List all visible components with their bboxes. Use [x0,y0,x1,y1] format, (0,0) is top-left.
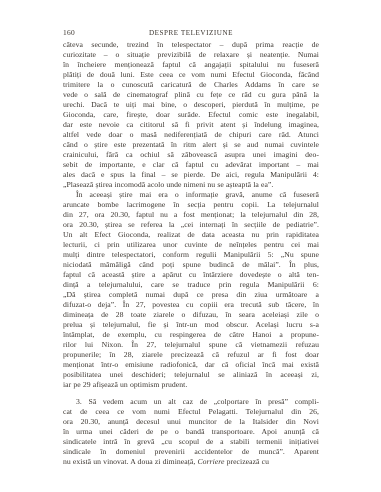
text-line: sindicale în domeniul prevenirii acciden… [63,447,319,457]
text-line: dință a telejurnalului, care se traduce … [63,280,319,290]
text-line: ora 20.30, știrea se referea la „cei int… [63,220,319,230]
text-line: crainicului, fără ca ochiul să zăboveasc… [63,150,319,160]
text-line: în urma unei căderi de pe o bandă transp… [63,427,319,437]
text-line: vede o sală de cinematograf plină cu feț… [63,90,319,100]
text-line: În aceeași știre mai era o informație gr… [63,190,319,200]
text-line: lecturii, ci prin utilizarea unor cuvint… [63,240,319,250]
text-body: câteva secunde, trezind în telespectator… [63,40,319,467]
text-line: mulți dintre telespectatori, conform reg… [63,250,319,260]
text-line: sebit de importante, e clar că faptul cu… [63,160,319,170]
text-line: „Plasează știrea incomodă acolo unde nim… [63,180,319,190]
text-line: urechi. Dacă te uiți mai bine, o descope… [63,100,319,110]
text-line: faptul că această știre a apărut cu întâ… [63,270,319,280]
text-line: niciodată mămăligă când poți spune budin… [63,260,319,270]
text-line: posibilitatea unei deschideri; telejurna… [63,370,319,380]
text-line: Gioconda, care, firește, doar surâde. Ef… [63,110,319,120]
text-line: Un alt Efect Gioconda, realizat de data … [63,230,319,240]
text-line: cat de ceea ce vom numi Efectul Pelagatt… [63,407,319,417]
text-line: propunerile; în 28, ziarele precizează c… [63,350,319,360]
paragraph: câteva secunde, trezind în telespectator… [63,40,319,190]
text-line: întâmplat, de exemplu, cu respingerea de… [63,330,319,340]
text-line: sindicatele intră în grevă „cu scopul de… [63,437,319,447]
paragraph: În aceeași știre mai era o informație gr… [63,190,319,390]
text-line: „Dă știrea completă numai după ce presa … [63,290,319,300]
plain-text: nu există un vinovat. A doua zi dimineaț… [63,457,197,466]
text-line: rilor lui Nixon. În 27, telejurnalul spu… [63,340,319,350]
text-line: altfel vede doar o masă nediferențiată d… [63,130,319,140]
page-header: 160 DESPRE TELEVIZIUNE [63,28,319,38]
book-page: 160 DESPRE TELEVIZIUNE câteva secunde, t… [0,0,381,492]
text-line: difuzat-o deja”. În 27, povestea cu copi… [63,300,319,310]
page-number: 160 [63,28,75,38]
italic-text: Corriere [197,457,224,466]
text-line: aruncate bombe lacrimogene în secția pen… [63,200,319,210]
text-line: 3. Să vedem acum un alt caz de „colporta… [63,397,319,407]
plain-text: precizează cu [224,457,269,466]
text-line: curiozitate – o situație previzibilă de … [63,50,319,60]
text-line: ales dacă e spus la final – se pierde. D… [63,170,319,180]
paragraph: 3. Să vedem acum un alt caz de „colporta… [63,397,319,467]
text-line: când o știre este prezentată în ritm ale… [63,140,319,150]
text-line: în încheiere menționează faptul că angaj… [63,60,319,70]
text-line: câteva secunde, trezind în telespectator… [63,40,319,50]
text-line: nu există un vinovat. A doua zi dimineaț… [63,457,319,467]
text-line: dimineața de 28 toate ziarele o difuzau,… [63,310,319,320]
text-line: ora 20.30, anunță decesul unui muncitor … [63,417,319,427]
text-line: plătiți de două luni. Este ceea ce vom n… [63,70,319,80]
text-line: menționat într-o emisiune radiofonică, d… [63,360,319,370]
text-line: prelua și telejurnalul, fie și într-un m… [63,320,319,330]
running-title: DESPRE TELEVIZIUNE [63,28,319,38]
text-line: din 27, ora 20.30, faptul nu a fost menț… [63,210,319,220]
text-line: dar este nevoie ca cititorul să fi privi… [63,120,319,130]
text-line: iar pe 29 afișează un optimism prudent. [63,380,319,390]
text-line: trimitere la o cunoscută caricatură de C… [63,80,319,90]
